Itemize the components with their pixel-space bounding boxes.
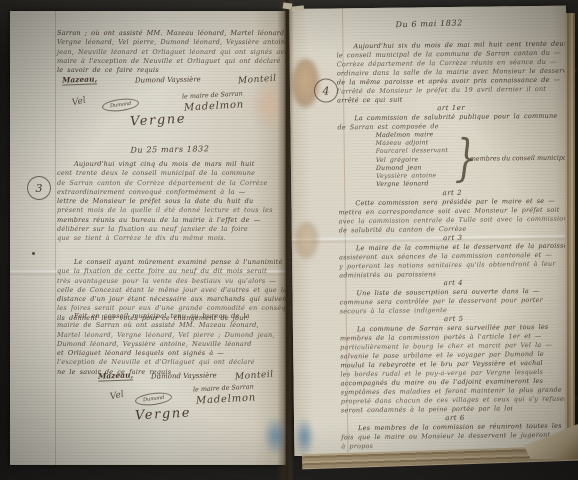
article-text: Cette commission sera présidée par le ma…: [338, 197, 566, 236]
page-number-circle: 3: [27, 176, 51, 200]
manuscript-line: présent mois de la quelle il été donné l…: [57, 206, 287, 215]
manuscript-line: Vergne léonard: [376, 180, 448, 189]
signature-mazeau: Mazeau,: [62, 74, 97, 85]
page-number-circle: 4: [314, 78, 338, 102]
signature-row: Mazeau, Dumond Vayssière Monteil: [62, 75, 277, 85]
manuscript-line: cent trente deux le conseil municipal de…: [57, 169, 287, 178]
members-caption: membres du conseil municipal: [470, 154, 569, 163]
manuscript-line: Martel léonard, Vergne léonard, Vel pier…: [57, 331, 287, 340]
closing-paragraph: Fait en conseil municipal tenu au bureau…: [57, 312, 287, 377]
members-list: Madelmon maireMazeau adjointFourcarel de…: [376, 131, 449, 189]
text-column: Aujourd'hui six du mois de mai mil huit …: [336, 40, 569, 452]
manuscript-line: de Sarran canton de Corrèze département …: [57, 179, 287, 188]
signature-vergne: Vergne: [130, 112, 187, 130]
manuscript-line: extraordinairement convoqué conformément…: [57, 188, 287, 197]
article-text: Une liste de souscription sera ouverte d…: [339, 287, 567, 317]
deliberation-paragraph: Aujourd'hui vingt cinq du mois de mars m…: [57, 160, 287, 244]
signature-monteil: Monteil: [235, 370, 274, 383]
left-page: 3 Sarran ; où ont assisté MM. Mazeau léo…: [10, 11, 286, 465]
manuscript-line: distance d'un jour étant nécessaire aux …: [57, 295, 287, 304]
manuscript-line: Veyssière antoine: [376, 172, 448, 181]
fragment-paragraph: Sarran ; où ont assisté MM. Mazeau léona…: [57, 29, 287, 75]
manuscript-line: membres réunis au bureau de la mairie à …: [57, 216, 287, 225]
opening-paragraph: Aujourd'hui six du mois de mai mil huit …: [336, 40, 565, 106]
manuscript-line: celle de Concezat étant le même jour ave…: [57, 286, 287, 295]
manuscript-line: mairie de Sarran où ont assisté MM. Maze…: [57, 321, 287, 330]
manuscript-line: que la fixation de cette foire au neuf d…: [57, 267, 287, 276]
manuscript-line: maire à l'exception de Neuville et Orlia…: [57, 57, 287, 66]
members-list-block: Madelmon maireMazeau adjointFourcarel de…: [338, 130, 567, 191]
manuscript-line: Le conseil ayant mûrement examiné pense …: [57, 258, 287, 267]
book-gutter: [277, 0, 294, 480]
margin-rule: [55, 11, 56, 465]
signature-vergne: Vergne: [135, 406, 192, 424]
manuscript-line: Vel grégoire: [376, 156, 448, 165]
manuscript-line: l'exception de Neuville et d'Orliaguet q…: [57, 358, 287, 367]
signature-mazeau: Mazeau,: [98, 370, 133, 381]
manuscript-line: et Orliaguet léonard lesquels ont signés…: [57, 349, 287, 358]
manuscript-line: Sarran ; où ont assisté MM. Mazeau léona…: [57, 29, 287, 38]
article-text: La commune de Sarran sera surveillée par…: [340, 323, 569, 416]
manuscript-line: lettre de Monsieur le préfet sous la dat…: [57, 197, 287, 206]
article-text: Le maire de la commune et le desservant …: [339, 242, 567, 281]
manuscript-line: très avantageuse pour la vente des besti…: [57, 277, 287, 286]
manuscript-scan: 3 Sarran ; où ont assisté MM. Mazeau léo…: [0, 0, 578, 480]
page-edges-right: [565, 13, 575, 446]
signature-row: Mazeau, Dumond Vayssière Monteil: [98, 371, 274, 381]
ink-speck: [32, 252, 35, 255]
ink-stain-blue: [294, 417, 314, 457]
signature-dumond-vayssiere: Dumond Vayssière: [151, 371, 217, 380]
manuscript-line: jean, Neuville léonard et Orliaguet léon…: [57, 48, 287, 57]
right-page: 4 Du 6 mai 1832 Aujourd'hui six du mois …: [289, 6, 571, 456]
manuscript-line: Fait en conseil municipal tenu au bureau…: [57, 312, 287, 321]
signature-dumond-vayssiere: Dumond Vayssière: [135, 75, 201, 84]
manuscript-line: Dumond léonard, Veyssière antoine, Neuvi…: [57, 340, 287, 349]
manuscript-line: Vergne léonard, Vel pierre, Dumond léona…: [57, 38, 287, 47]
manuscript-line: Aujourd'hui vingt cinq du mois de mars m…: [57, 160, 287, 169]
manuscript-line: que se tient à Corrèze le dix du même mo…: [57, 234, 287, 243]
paper-stain: [295, 222, 319, 260]
manuscript-line: délibérer sur la fixation au neuf janvie…: [57, 225, 287, 234]
